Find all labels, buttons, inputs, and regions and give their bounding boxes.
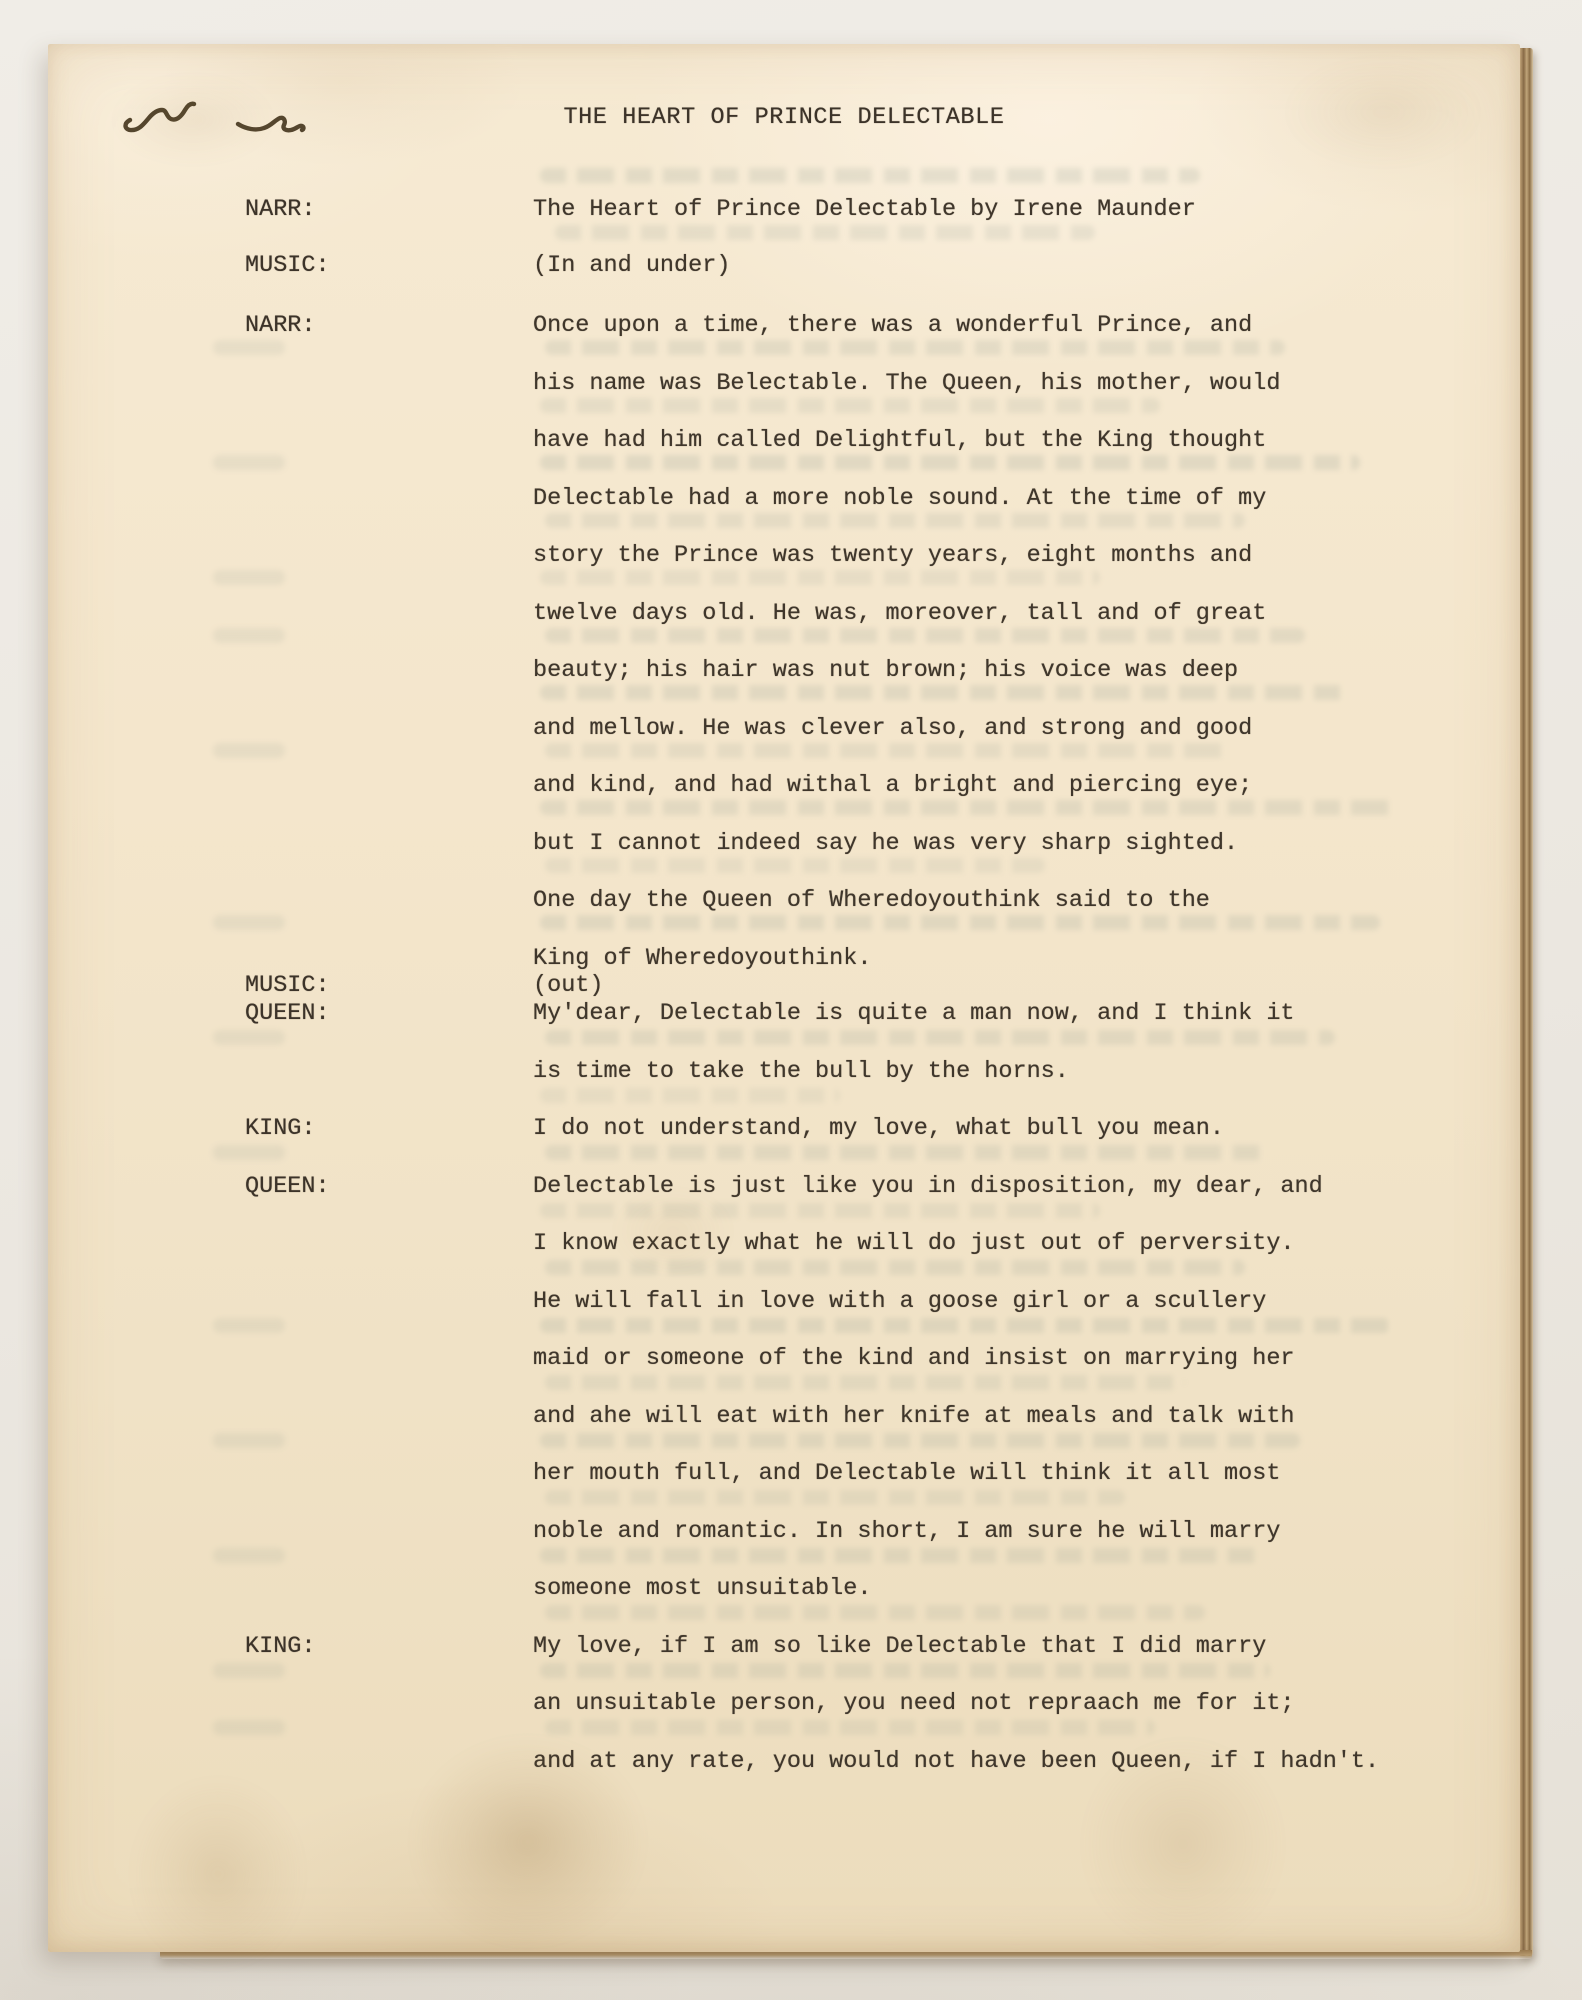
dialogue-line: One day the Queen of Wheredoyouthink sai… — [533, 887, 1210, 914]
script-row: have had him called Delightful, but the … — [48, 427, 1520, 457]
dialogue-line: someone most unsuitable. — [533, 1575, 871, 1602]
dialogue-line: an unsuitable person, you need not repra… — [533, 1690, 1295, 1717]
dialogue-line: and mellow. He was clever also, and stro… — [533, 715, 1252, 742]
dialogue-line: The Heart of Prince Delectable by Irene … — [533, 196, 1196, 223]
dialogue-line: My love, if I am so like Delectable that… — [533, 1633, 1266, 1660]
dialogue-line: He will fall in love with a goose girl o… — [533, 1288, 1266, 1315]
ghost-line — [545, 1375, 1185, 1390]
ghost-speaker-label — [213, 1145, 285, 1160]
script-row: noble and romantic. In short, I am sure … — [48, 1518, 1520, 1548]
stain — [408, 1734, 648, 1949]
script-row: NARR: Once upon a time, there was a wond… — [48, 312, 1520, 342]
ghost-line — [540, 1433, 1300, 1448]
ghost-line — [540, 800, 1400, 815]
dialogue-line: twelve days old. He was, moreover, tall … — [533, 600, 1266, 627]
page-stack-edge-right — [1520, 48, 1533, 1956]
ghost-speaker-label — [213, 1318, 285, 1333]
ghost-line — [540, 1088, 840, 1103]
ghost-line — [540, 1318, 1390, 1333]
ghost-speaker-label — [213, 1720, 285, 1735]
script-row: NARR: The Heart of Prince Delectable by … — [48, 196, 1520, 226]
script-row: is time to take the bull by the horns. — [48, 1058, 1520, 1088]
dialogue-line: Once upon a time, there was a wonderful … — [533, 312, 1252, 339]
ghost-line — [545, 513, 1245, 528]
ghost-line — [545, 1145, 1265, 1160]
stain — [1278, 52, 1488, 172]
stain — [108, 72, 278, 167]
script-row: QUEEN: Delectable is just like you in di… — [48, 1173, 1520, 1203]
script-row: I know exactly what he will do just out … — [48, 1230, 1520, 1260]
ghost-line — [545, 340, 1285, 355]
speaker-label: KING: — [245, 1115, 316, 1142]
script-row: QUEEN: My'dear, Delectable is quite a ma… — [48, 1000, 1520, 1030]
dialogue-line: My'dear, Delectable is quite a man now, … — [533, 1000, 1295, 1027]
ghost-line — [545, 628, 1305, 643]
speaker-label: QUEEN: — [245, 1173, 330, 1200]
dialogue-line: King of Wheredoyouthink. — [533, 945, 871, 972]
dialogue-line: I do not understand, my love, what bull … — [533, 1115, 1224, 1142]
ghost-line — [545, 1720, 1155, 1735]
speaker-label: MUSIC: — [245, 972, 330, 999]
script-row: He will fall in love with a goose girl o… — [48, 1288, 1520, 1318]
script-row: King of Wheredoyouthink. — [48, 945, 1520, 975]
ghost-line — [540, 398, 1160, 413]
script-row: someone most unsuitable. — [48, 1575, 1520, 1605]
ghost-line — [540, 1548, 1260, 1563]
ghost-speaker-label — [213, 570, 285, 585]
script-row: and at any rate, you would not have been… — [48, 1748, 1520, 1778]
script-row: One day the Queen of Wheredoyouthink sai… — [48, 887, 1520, 917]
script-row: twelve days old. He was, moreover, tall … — [48, 600, 1520, 630]
ghost-line — [540, 168, 1200, 183]
speaker-label: MUSIC: — [245, 252, 330, 279]
ghost-line — [540, 570, 1100, 585]
ghost-line — [545, 1490, 1125, 1505]
ghost-speaker-label — [213, 455, 285, 470]
speaker-label: NARR: — [245, 196, 316, 223]
script-row: Delectable had a more noble sound. At th… — [48, 485, 1520, 515]
dialogue-line: his name was Belectable. The Queen, his … — [533, 370, 1280, 397]
script-row: his name was Belectable. The Queen, his … — [48, 370, 1520, 400]
dialogue-line: maid or someone of the kind and insist o… — [533, 1345, 1295, 1372]
script-row: and kind, and had withal a bright and pi… — [48, 772, 1520, 802]
script-row: and ahe will eat with her knife at meals… — [48, 1403, 1520, 1433]
dialogue-line: Delectable had a more noble sound. At th… — [533, 485, 1266, 512]
stain — [608, 1184, 738, 1279]
dialogue-line: beauty; his hair was nut brown; his voic… — [533, 657, 1238, 684]
script-row: but I cannot indeed say he was very shar… — [48, 830, 1520, 860]
script-row: KING: My love, if I am so like Delectabl… — [48, 1633, 1520, 1663]
stain — [128, 1774, 308, 1974]
script-row: maid or someone of the kind and insist o… — [48, 1345, 1520, 1375]
ghost-speaker-label — [213, 1663, 285, 1678]
script-row: an unsuitable person, you need not repra… — [48, 1690, 1520, 1720]
dialogue-line: noble and romantic. In short, I am sure … — [533, 1518, 1280, 1545]
ghost-speaker-label — [213, 340, 285, 355]
script-row: MUSIC: (out) — [48, 972, 1520, 1002]
script-row: her mouth full, and Delectable will thin… — [48, 1460, 1520, 1490]
dialogue-line: and ahe will eat with her knife at meals… — [533, 1403, 1295, 1430]
script-row: KING: I do not understand, my love, what… — [48, 1115, 1520, 1145]
dialogue-line: but I cannot indeed say he was very shar… — [533, 830, 1238, 857]
ghost-line — [540, 1663, 1270, 1678]
ghost-speaker-label — [213, 628, 285, 643]
ghost-line — [545, 743, 1225, 758]
dialogue-line: and kind, and had withal a bright and pi… — [533, 772, 1252, 799]
ghost-line — [545, 1605, 1205, 1620]
ghost-speaker-label — [213, 1548, 285, 1563]
typescript-page: THE HEART OF PRINCE DELECTABLE NARR: The… — [48, 44, 1520, 1952]
ghost-speaker-label — [213, 743, 285, 758]
ghost-line — [540, 915, 1380, 930]
script-row: story the Prince was twenty years, eight… — [48, 542, 1520, 572]
dialogue-line: is time to take the bull by the horns. — [533, 1058, 1069, 1085]
ghost-line — [545, 1030, 1335, 1045]
ghost-speaker-label — [213, 1030, 285, 1045]
ghost-line — [540, 685, 1350, 700]
dialogue-line: have had him called Delightful, but the … — [533, 427, 1266, 454]
script-row: beauty; his hair was nut brown; his voic… — [48, 657, 1520, 687]
speaker-label: NARR: — [245, 312, 316, 339]
speaker-label: QUEEN: — [245, 1000, 330, 1027]
ghost-speaker-label — [213, 1433, 285, 1448]
dialogue-line: story the Prince was twenty years, eight… — [533, 542, 1252, 569]
ghost-line — [545, 858, 1045, 873]
ghost-line — [555, 225, 1095, 240]
stain — [1078, 1734, 1288, 1954]
dialogue-line: (out) — [533, 972, 604, 999]
dialogue-line: her mouth full, and Delectable will thin… — [533, 1460, 1280, 1487]
ghost-line — [540, 455, 1360, 470]
speaker-label: KING: — [245, 1633, 316, 1660]
script-row: and mellow. He was clever also, and stro… — [48, 715, 1520, 745]
photograph-backdrop: { "page": { "title": "THE HEART OF PRINC… — [0, 0, 1582, 2000]
script-row: MUSIC: (In and under) — [48, 252, 1520, 282]
dialogue-line: (In and under) — [533, 252, 730, 279]
ghost-speaker-label — [213, 915, 285, 930]
